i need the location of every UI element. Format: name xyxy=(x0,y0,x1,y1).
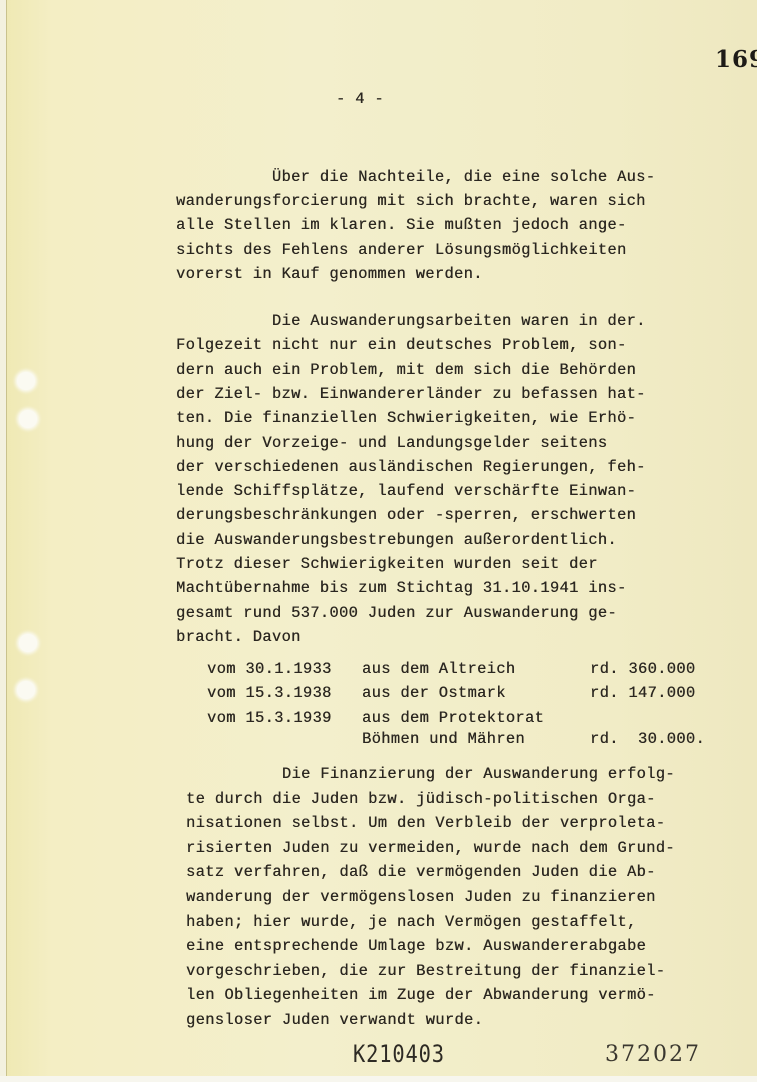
text-line: satz verfahren, daß die vermögenden Jude… xyxy=(186,863,656,881)
row-origin: aus der Ostmark xyxy=(362,684,506,702)
text-line: dern auch ein Problem, mit dem sich die … xyxy=(176,361,636,379)
text-line: gensloser Juden verwandt wurde. xyxy=(186,1011,483,1029)
folio-number: 169 xyxy=(715,46,757,73)
text-line: ten. Die finanziellen Schwierigkeiten, w… xyxy=(176,409,636,427)
page-number: - 4 - xyxy=(336,90,384,108)
text-line: derungsbeschränkungen oder -sperren, ers… xyxy=(176,506,636,524)
punch-hole xyxy=(19,410,37,428)
text-line: nisationen selbst. Um den Verbleib der v… xyxy=(186,814,665,832)
row-origin: aus dem Protektorat xyxy=(362,709,544,727)
row-date: vom 15.3.1938 xyxy=(207,684,332,702)
text-line: der Ziel- bzw. Einwandererländer zu befa… xyxy=(176,385,646,403)
text-line: haben; hier wurde, je nach Vermögen gest… xyxy=(186,913,637,931)
text-line: hung der Vorzeige- und Landungsgelder se… xyxy=(176,434,607,452)
text-line: die Auswanderungsbestrebungen außerorden… xyxy=(176,531,617,549)
text-line: risierten Juden zu vermeiden, wurde nach… xyxy=(186,839,675,857)
text-line: bracht. Davon xyxy=(176,628,301,646)
text-line: vorgeschrieben, die zur Bestreitung der … xyxy=(186,962,665,980)
punch-hole xyxy=(19,634,37,652)
archive-code: K210403 xyxy=(353,1040,445,1068)
text-line: eine entsprechende Umlage bzw. Auswander… xyxy=(186,937,646,955)
text-line: Trotz dieser Schwierigkeiten wurden seit… xyxy=(176,555,598,573)
text-line: alle Stellen im klaren. Sie mußten jedoc… xyxy=(176,216,627,234)
text-line: te durch die Juden bzw. jüdisch-politisc… xyxy=(186,790,656,808)
text-line: len Obliegenheiten im Zuge der Abwanderu… xyxy=(186,986,656,1004)
text-line: der verschiedenen ausländischen Regierun… xyxy=(176,458,646,476)
punch-hole xyxy=(17,681,35,699)
punch-hole xyxy=(17,372,35,390)
row-origin-continued: Böhmen und Mähren xyxy=(362,730,525,748)
row-date: vom 15.3.1939 xyxy=(207,709,332,727)
document-number: 372027 xyxy=(605,1042,701,1067)
scan-border xyxy=(0,1076,757,1082)
text-line: gesamt rund 537.000 Juden zur Auswanderu… xyxy=(176,604,617,622)
text-line: Die Finanzierung der Auswanderung erfolg… xyxy=(186,765,675,783)
row-origin: aus dem Altreich xyxy=(362,660,515,678)
text-line: sichts des Fehlens anderer Lösungsmöglic… xyxy=(176,241,627,259)
text-line: Die Auswanderungsarbeiten waren in der. xyxy=(176,312,646,330)
row-amount: rd. 30.000. xyxy=(590,730,705,748)
text-line: lende Schiffsplätze, laufend verschärfte… xyxy=(176,482,636,500)
row-date: vom 30.1.1933 xyxy=(207,660,332,678)
text-line: Über die Nachteile, die eine solche Aus- xyxy=(176,168,655,186)
text-line: wanderungsforcierung mit sich brachte, w… xyxy=(176,192,646,210)
text-line: wanderung der vermögenslosen Juden zu fi… xyxy=(186,888,656,906)
text-line: vorerst in Kauf genommen werden. xyxy=(176,265,483,283)
text-line: Folgezeit nicht nur ein deutsches Proble… xyxy=(176,336,627,354)
row-amount: rd. 147.000 xyxy=(590,684,695,702)
row-amount: rd. 360.000 xyxy=(590,660,695,678)
text-line: Machtübernahme bis zum Stichtag 31.10.19… xyxy=(176,579,627,597)
